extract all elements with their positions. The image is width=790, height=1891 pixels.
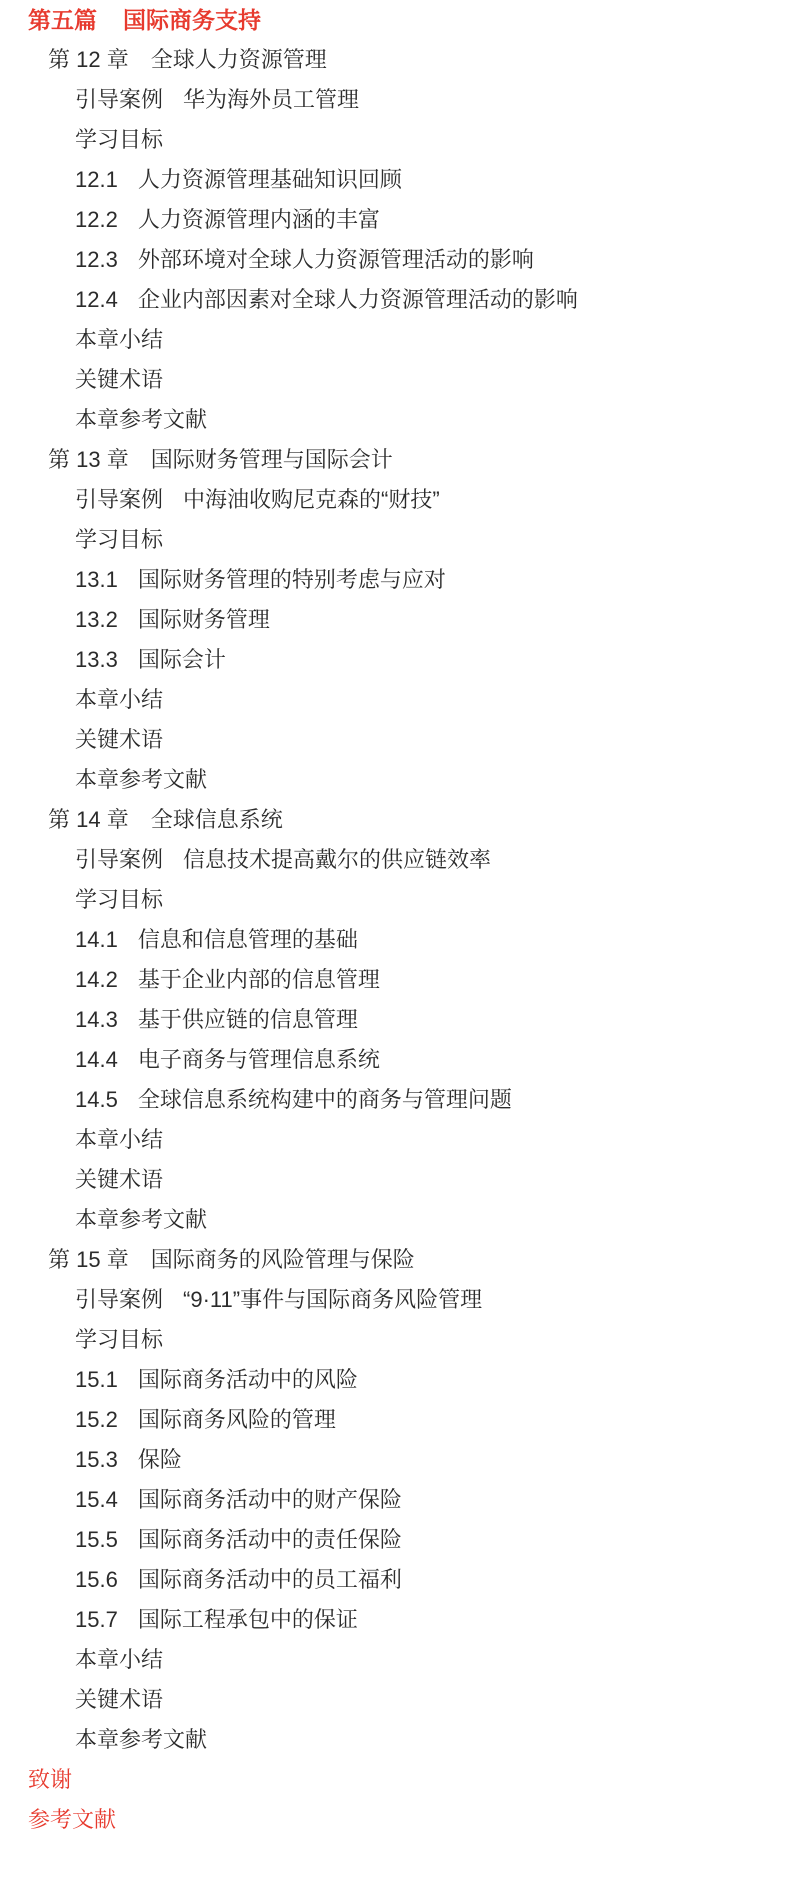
toc-entry: 本章小结	[0, 320, 790, 360]
toc-entry: 15.1国际商务活动中的风险	[0, 1360, 790, 1400]
entry-title: 本章参考文献	[75, 1207, 207, 1232]
toc-entry: 关键术语	[0, 1680, 790, 1720]
entry-title: 本章小结	[75, 1127, 163, 1152]
toc-entry: 学习目标	[0, 520, 790, 560]
toc-entry: 15.4国际商务活动中的财产保险	[0, 1480, 790, 1520]
entry-number: 引导案例	[75, 487, 163, 512]
entry-title: 国际财务管理与国际会计	[151, 447, 393, 472]
toc-entry: 本章小结	[0, 680, 790, 720]
entry-title: 国际财务管理	[138, 607, 270, 632]
entry-number: 引导案例	[75, 1287, 163, 1312]
entry-number: 第 15 章	[48, 1247, 129, 1272]
entry-number: 引导案例	[75, 87, 163, 112]
entry-number: 第 12 章	[48, 47, 129, 72]
toc-entry: 12.2人力资源管理内涵的丰富	[0, 200, 790, 240]
entry-number: 引导案例	[75, 847, 163, 872]
entry-title: 学习目标	[75, 887, 163, 912]
toc-entry: 15.2国际商务风险的管理	[0, 1400, 790, 1440]
entry-title: 国际商务活动中的员工福利	[138, 1567, 402, 1592]
toc-entry: 本章小结	[0, 1640, 790, 1680]
toc-entry: 12.1人力资源管理基础知识回顾	[0, 160, 790, 200]
toc-entry: 学习目标	[0, 880, 790, 920]
toc-entry: 关键术语	[0, 1160, 790, 1200]
entry-title: 关键术语	[75, 727, 163, 752]
toc-entry: 13.3国际会计	[0, 640, 790, 680]
chapter-heading: 第 12 章全球人力资源管理	[0, 40, 790, 80]
entry-title: 国际财务管理的特别考虑与应对	[138, 567, 446, 592]
toc-entry: 学习目标	[0, 1320, 790, 1360]
entry-number: 15.7	[75, 1607, 118, 1632]
entry-number: 14.2	[75, 967, 118, 992]
entry-title: 本章参考文献	[75, 1727, 207, 1752]
entry-title: 国际商务活动中的责任保险	[138, 1527, 402, 1552]
entry-title: 国际商务活动中的风险	[138, 1367, 358, 1392]
entry-title: 关键术语	[75, 1167, 163, 1192]
chapter-heading: 第 14 章全球信息系统	[0, 800, 790, 840]
entry-title: 中海油收购尼克森的“财技”	[183, 487, 440, 512]
entry-title: “9·11”事件与国际商务风险管理	[183, 1287, 482, 1312]
entry-title: 致谢	[28, 1767, 72, 1792]
toc-entry: 本章参考文献	[0, 760, 790, 800]
toc-entry: 14.5全球信息系统构建中的商务与管理问题	[0, 1080, 790, 1120]
toc-entry: 关键术语	[0, 360, 790, 400]
toc-entry: 15.3保险	[0, 1440, 790, 1480]
toc-entry: 15.5国际商务活动中的责任保险	[0, 1520, 790, 1560]
entry-number: 15.4	[75, 1487, 118, 1512]
entry-number: 14.1	[75, 927, 118, 952]
toc-entry: 引导案例华为海外员工管理	[0, 80, 790, 120]
entry-number: 13.1	[75, 567, 118, 592]
toc-entry: 14.4电子商务与管理信息系统	[0, 1040, 790, 1080]
entry-title: 信息和信息管理的基础	[138, 927, 358, 952]
toc-entry: 14.3基于供应链的信息管理	[0, 1000, 790, 1040]
entry-title: 参考文献	[28, 1807, 116, 1832]
toc-entry: 引导案例信息技术提高戴尔的供应链效率	[0, 840, 790, 880]
table-of-contents: 第五篇国际商务支持第 12 章全球人力资源管理引导案例华为海外员工管理学习目标1…	[0, 0, 790, 1840]
entry-number: 12.2	[75, 207, 118, 232]
entry-title: 国际商务的风险管理与保险	[151, 1247, 415, 1272]
entry-number: 第 14 章	[48, 807, 129, 832]
entry-number: 14.3	[75, 1007, 118, 1032]
entry-title: 保险	[138, 1447, 182, 1472]
toc-entry: 引导案例中海油收购尼克森的“财技”	[0, 480, 790, 520]
entry-title: 企业内部因素对全球人力资源管理活动的影响	[138, 287, 578, 312]
entry-title: 全球信息系统	[151, 807, 283, 832]
entry-number: 12.4	[75, 287, 118, 312]
entry-title: 人力资源管理基础知识回顾	[138, 167, 402, 192]
toc-entry: 本章参考文献	[0, 400, 790, 440]
entry-number: 13.2	[75, 607, 118, 632]
backmatter-entry: 参考文献	[0, 1800, 790, 1840]
toc-entry: 关键术语	[0, 720, 790, 760]
entry-title: 人力资源管理内涵的丰富	[138, 207, 380, 232]
entry-title: 国际工程承包中的保证	[138, 1607, 358, 1632]
toc-entry: 本章参考文献	[0, 1720, 790, 1760]
entry-title: 全球人力资源管理	[151, 47, 327, 72]
entry-number: 15.3	[75, 1447, 118, 1472]
entry-number: 15.1	[75, 1367, 118, 1392]
entry-title: 学习目标	[75, 527, 163, 552]
entry-number: 15.5	[75, 1527, 118, 1552]
entry-number: 12.3	[75, 247, 118, 272]
entry-title: 本章小结	[75, 687, 163, 712]
entry-title: 全球信息系统构建中的商务与管理问题	[138, 1087, 512, 1112]
entry-number: 15.6	[75, 1567, 118, 1592]
entry-title: 基于供应链的信息管理	[138, 1007, 358, 1032]
toc-entry: 12.4企业内部因素对全球人力资源管理活动的影响	[0, 280, 790, 320]
toc-entry: 引导案例“9·11”事件与国际商务风险管理	[0, 1280, 790, 1320]
toc-entry: 13.1国际财务管理的特别考虑与应对	[0, 560, 790, 600]
entry-title: 本章小结	[75, 1647, 163, 1672]
part-title: 第五篇国际商务支持	[0, 0, 790, 40]
entry-title: 学习目标	[75, 127, 163, 152]
entry-number: 第五篇	[28, 7, 97, 33]
toc-entry: 15.7国际工程承包中的保证	[0, 1600, 790, 1640]
chapter-heading: 第 15 章国际商务的风险管理与保险	[0, 1240, 790, 1280]
toc-entry: 13.2国际财务管理	[0, 600, 790, 640]
entry-title: 本章小结	[75, 327, 163, 352]
toc-entry: 14.2基于企业内部的信息管理	[0, 960, 790, 1000]
entry-title: 本章参考文献	[75, 767, 207, 792]
entry-title: 学习目标	[75, 1327, 163, 1352]
entry-title: 关键术语	[75, 1687, 163, 1712]
toc-entry: 14.1信息和信息管理的基础	[0, 920, 790, 960]
backmatter-entry: 致谢	[0, 1760, 790, 1800]
entry-title: 国际会计	[138, 647, 226, 672]
entry-title: 国际商务风险的管理	[138, 1407, 336, 1432]
entry-number: 15.2	[75, 1407, 118, 1432]
entry-title: 国际商务活动中的财产保险	[138, 1487, 402, 1512]
entry-title: 基于企业内部的信息管理	[138, 967, 380, 992]
entry-title: 华为海外员工管理	[183, 87, 359, 112]
toc-entry: 本章参考文献	[0, 1200, 790, 1240]
entry-title: 国际商务支持	[123, 7, 261, 33]
entry-title: 外部环境对全球人力资源管理活动的影响	[138, 247, 534, 272]
toc-entry: 15.6国际商务活动中的员工福利	[0, 1560, 790, 1600]
entry-number: 14.5	[75, 1087, 118, 1112]
entry-number: 14.4	[75, 1047, 118, 1072]
toc-entry: 12.3外部环境对全球人力资源管理活动的影响	[0, 240, 790, 280]
toc-entry: 本章小结	[0, 1120, 790, 1160]
chapter-heading: 第 13 章国际财务管理与国际会计	[0, 440, 790, 480]
entry-number: 12.1	[75, 167, 118, 192]
toc-entry: 学习目标	[0, 120, 790, 160]
entry-title: 信息技术提高戴尔的供应链效率	[183, 847, 491, 872]
entry-title: 本章参考文献	[75, 407, 207, 432]
entry-number: 第 13 章	[48, 447, 129, 472]
entry-title: 关键术语	[75, 367, 163, 392]
entry-title: 电子商务与管理信息系统	[138, 1047, 380, 1072]
entry-number: 13.3	[75, 647, 118, 672]
